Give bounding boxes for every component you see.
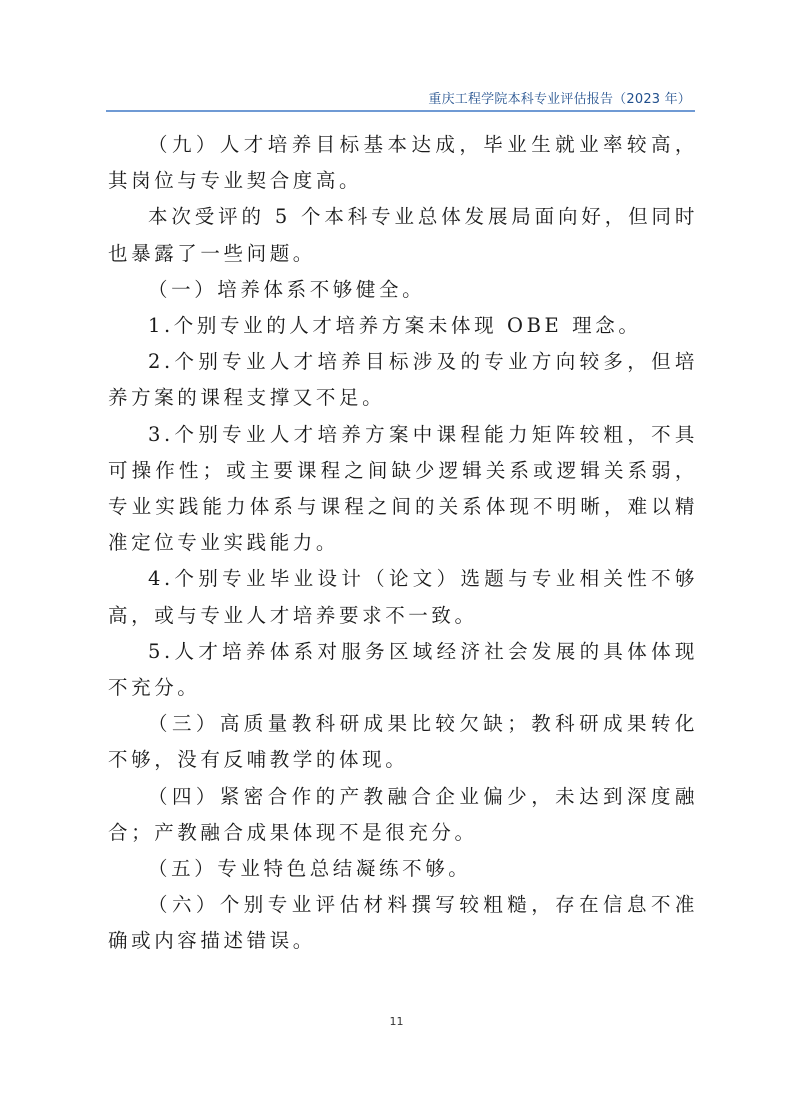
paragraph-issue-3: （三）高质量教科研成果比较欠缺；教科研成果转化不够，没有反哺教学的体现。 [108, 706, 698, 778]
paragraph-goal-achieved: （九）人才培养目标基本达成，毕业生就业率较高，其岗位与专业契合度高。 [108, 127, 698, 199]
paragraph-issue-1-item-3: 3.个别专业人才培养方案中课程能力矩阵较粗，不具可操作性；或主要课程之间缺少逻辑… [108, 417, 698, 562]
paragraph-issue-1-item-1: 1.个别专业的人才培养方案未体现 OBE 理念。 [108, 308, 698, 344]
paragraph-issue-5: （五）专业特色总结凝练不够。 [108, 851, 698, 887]
paragraph-overall-summary: 本次受评的 5 个本科专业总体发展局面向好，但同时也暴露了一些问题。 [108, 199, 698, 271]
paragraph-issue-1-item-5: 5.人才培养体系对服务区域经济社会发展的具体体现不充分。 [108, 634, 698, 706]
report-title: 重庆工程学院本科专业评估报告（2023 年） [428, 88, 691, 107]
paragraph-issue-4: （四）紧密合作的产教融合企业偏少，未达到深度融合；产教融合成果体现不是很充分。 [108, 779, 698, 851]
page-number: 11 [0, 1015, 793, 1028]
paragraph-issue-1-item-4: 4.个别专业毕业设计（论文）选题与专业相关性不够高，或与专业人才培养要求不一致。 [108, 561, 698, 633]
page-header: 重庆工程学院本科专业评估报告（2023 年） [106, 86, 695, 110]
document-body: （九）人才培养目标基本达成，毕业生就业率较高，其岗位与专业契合度高。 本次受评的… [108, 127, 698, 960]
paragraph-issue-1-item-2: 2.个别专业人才培养目标涉及的专业方向较多，但培养方案的课程支撑又不足。 [108, 344, 698, 416]
header-rule-divider [106, 110, 695, 112]
paragraph-issue-6: （六）个别专业评估材料撰写较粗糙，存在信息不准确或内容描述错误。 [108, 887, 698, 959]
paragraph-issue-1-heading: （一）培养体系不够健全。 [108, 272, 698, 308]
